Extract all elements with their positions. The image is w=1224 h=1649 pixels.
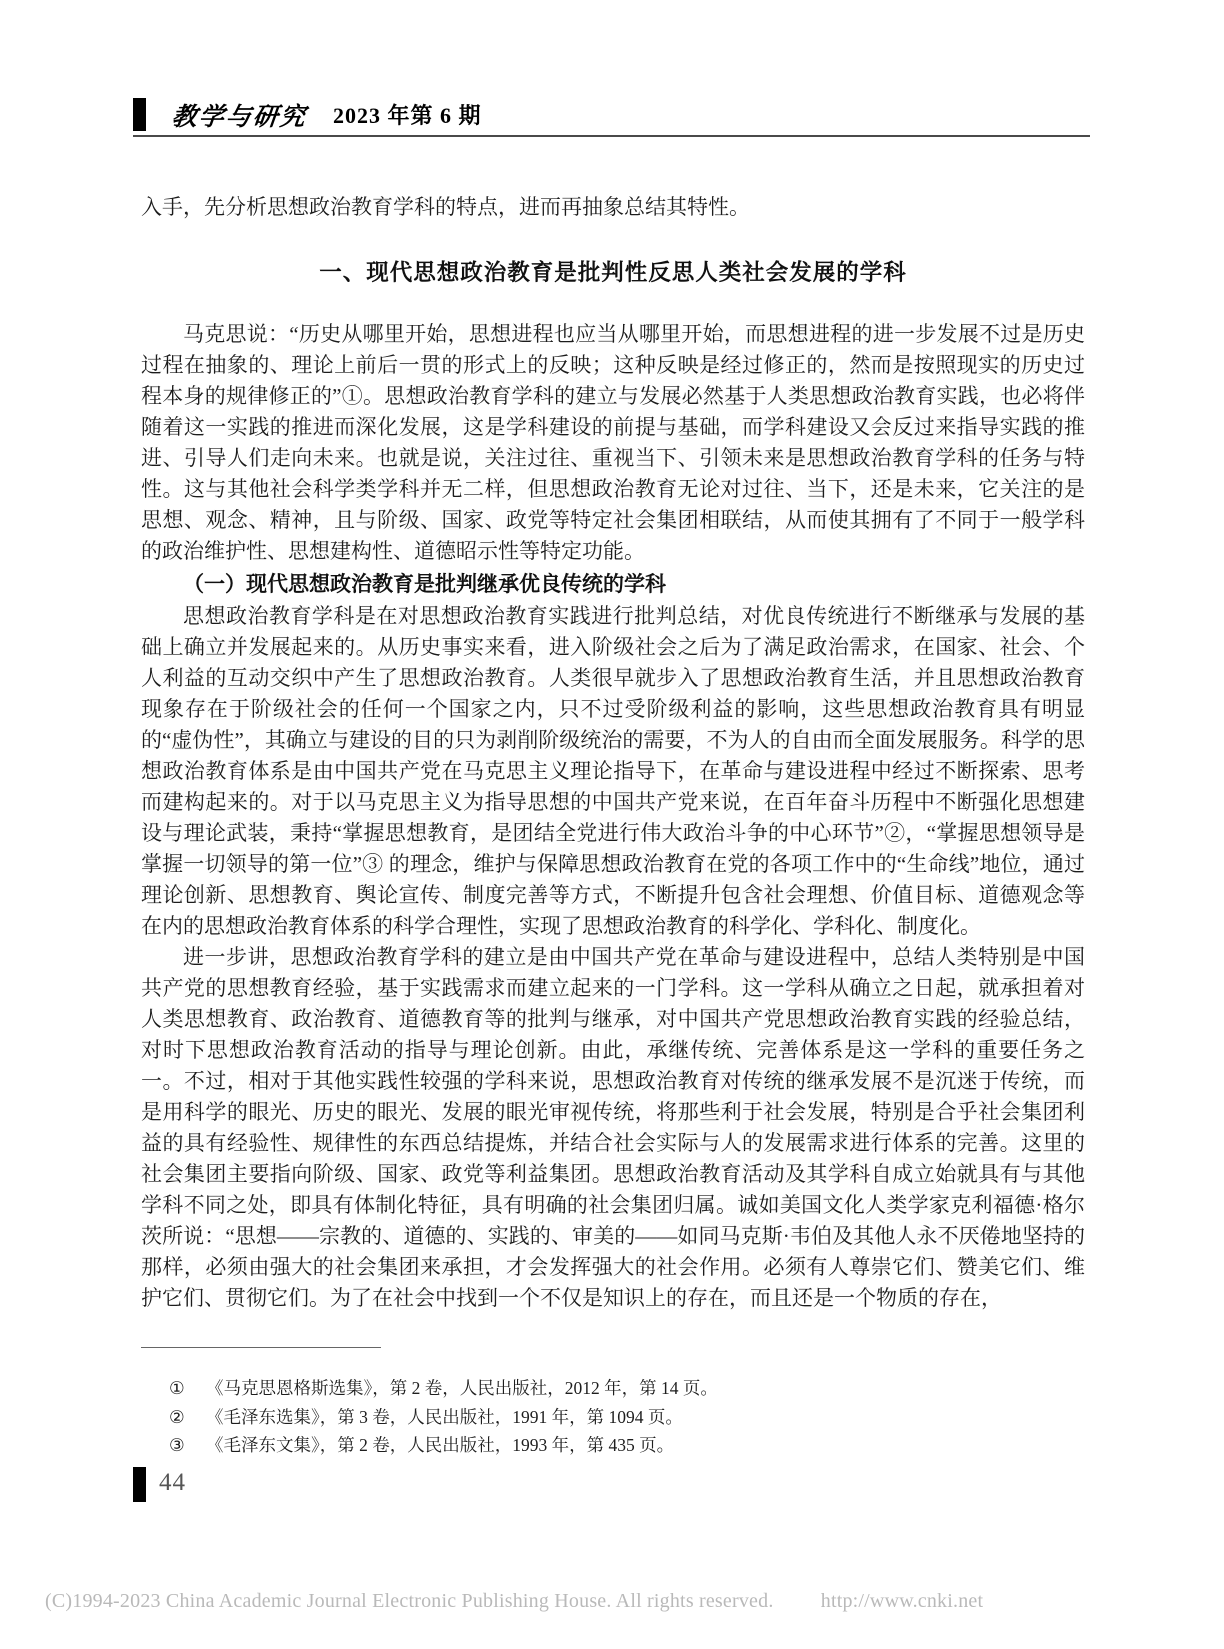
paragraph-2: 思想政治教育学科是在对思想政治教育实践进行批判总结，对优良传统进行不断继承与发展… [141,601,1085,942]
footnote-marker: ① [169,1374,191,1403]
footnote-text: 《毛泽东文集》，第 2 卷，人民出版社，1993 年，第 435 页。 [206,1431,1085,1460]
footnotes-section: ① 《马克思恩格斯选集》，第 2 卷，人民出版社，2012 年，第 14 页。 … [141,1347,1085,1460]
page-number-bar [133,1467,146,1502]
journal-logo: 教学与研究 [170,97,309,133]
page-number: 44 [159,1469,186,1497]
footnote-marker: ② [169,1403,191,1432]
footnote-marker: ③ [169,1431,191,1460]
footnote-text: 《毛泽东选集》，第 3 卷，人民出版社，1991 年，第 1094 页。 [206,1403,1085,1432]
footnote-item: ③ 《毛泽东文集》，第 2 卷，人民出版社，1993 年，第 435 页。 [141,1431,1085,1460]
page-number-block: 44 [133,1467,186,1502]
paragraph-3: 进一步讲，思想政治教育学科的建立是由中国共产党在革命与建设进程中，总结人类特别是… [141,942,1085,1314]
footnote-item: ① 《马克思恩格斯选集》，第 2 卷，人民出版社，2012 年，第 14 页。 [141,1374,1085,1403]
section-heading: 一、现代思想政治教育是批判性反思人类社会发展的学科 [141,257,1085,288]
subsection-heading: （一）现代思想政治教育是批判继承优良传统的学科 [141,569,1085,600]
lead-paragraph: 入手，先分析思想政治教育学科的特点，进而再抽象总结其特性。 [141,192,1085,223]
copyright-notice: (C)1994-2023 China Academic Journal Elec… [45,1590,774,1612]
footnote-text: 《马克思恩格斯选集》，第 2 卷，人民出版社，2012 年，第 14 页。 [206,1374,1085,1403]
footnote-divider [141,1347,381,1348]
journal-page: 教学与研究 2023 年第 6 期 入手，先分析思想政治教育学科的特点，进而再抽… [0,0,1224,1649]
cnki-url: http://www.cnki.net [821,1590,983,1612]
copyright-footer: (C)1994-2023 China Academic Journal Elec… [45,1590,1195,1613]
journal-issue: 2023 年第 6 期 [333,99,482,130]
footnote-item: ② 《毛泽东选集》，第 3 卷，人民出版社，1991 年，第 1094 页。 [141,1403,1085,1432]
page-header: 教学与研究 2023 年第 6 期 [133,98,1090,137]
article-body: 入手，先分析思想政治教育学科的特点，进而再抽象总结其特性。 一、现代思想政治教育… [141,192,1085,1314]
header-accent-bar [133,98,146,131]
paragraph-1: 马克思说：“历史从哪里开始，思想进程也应当从哪里开始，而思想进程的进一步发展不过… [141,319,1085,567]
